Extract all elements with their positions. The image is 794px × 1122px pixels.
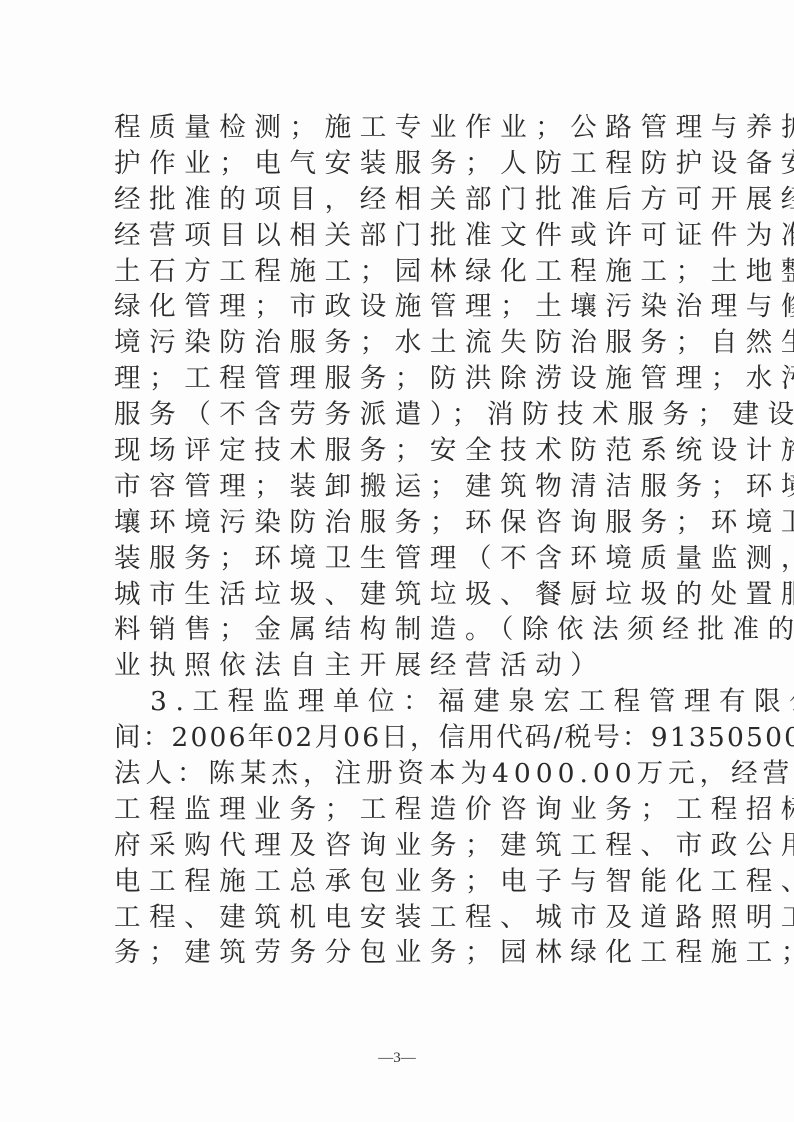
text-line: 理；工程管理服务；防洪除涝设施管理；水污染治理；劳务 <box>114 361 684 397</box>
text-line: 城市生活垃圾、建筑垃圾、餐厨垃圾的处置服务）；建筑材 <box>114 577 684 613</box>
text-line: 服务（不含劳务派遣）；消防技术服务；建设工程消防验收 <box>114 397 684 433</box>
text-line: 护作业；电气安装服务；人防工程防护设备安装。（依法须 <box>114 146 684 182</box>
text-line: 经营项目以相关部门批准文件或许可证件为准）一般项目： <box>114 218 684 254</box>
text-line: 境污染防治服务；水土流失防治服务；自然生态系统保护管 <box>114 325 684 361</box>
text-line: 间：2006年02月06日，信用代码/税号：91350500784514156X… <box>114 720 684 756</box>
body-text: 程质量检测；施工专业作业；公路管理与养护；路基路面养 护作业；电气安装服务；人防… <box>114 110 684 971</box>
text-line: 电工程施工总承包业务；电子与智能化工程、建筑装修装饰 <box>114 864 684 900</box>
text-line: 壤环境污染防治服务；环保咨询服务；环境卫生公共设施安 <box>114 505 684 541</box>
text-line: 法人：陈某杰，注册资本为4000.00万元，经营范围：承接 <box>114 756 684 792</box>
text-line: 务；建筑劳务分包业务；园林绿化工程施工；工程设计业务； <box>114 935 684 971</box>
text-line: 装服务；环境卫生管理（不含环境质量监测，污染源检查， <box>114 541 684 577</box>
text-line: 土石方工程施工；园林绿化工程施工；土地整治服务；城市 <box>114 254 684 290</box>
text-line: 工程、建筑机电安装工程、城市及道路照明工程专业承包业 <box>114 900 684 936</box>
text-line: 府采购代理及咨询业务；建筑工程、市政公用工程、水利水 <box>114 828 684 864</box>
text-line: 料销售；金属结构制造。（除依法须经批准的项目外，凭营 <box>114 612 684 648</box>
section-3-heading-line: 3.工程监理单位：福建泉宏工程管理有限公司，成立时 <box>114 684 684 720</box>
text-line: 市容管理；装卸搬运；建筑物清洁服务；环境保护监测；土 <box>114 469 684 505</box>
document-page: 程质量检测；施工专业作业；公路管理与养护；路基路面养 护作业；电气安装服务；人防… <box>0 0 794 1122</box>
text-line: 绿化管理；市政设施管理；土壤污染治理与修复服务；水环 <box>114 289 684 325</box>
text-line: 经批准的项目，经相关部门批准后方可开展经营活动，具体 <box>114 182 684 218</box>
text-line: 现场评定技术服务；安全技术防范系统设计施工服务；城乡 <box>114 433 684 469</box>
text-line: 工程监理业务；工程造价咨询业务；工程招标代理业务；政 <box>114 792 684 828</box>
text-line: 业执照依法自主开展经营活动） <box>114 648 684 684</box>
page-number: —3— <box>0 1050 794 1067</box>
text-line: 程质量检测；施工专业作业；公路管理与养护；路基路面养 <box>114 110 684 146</box>
